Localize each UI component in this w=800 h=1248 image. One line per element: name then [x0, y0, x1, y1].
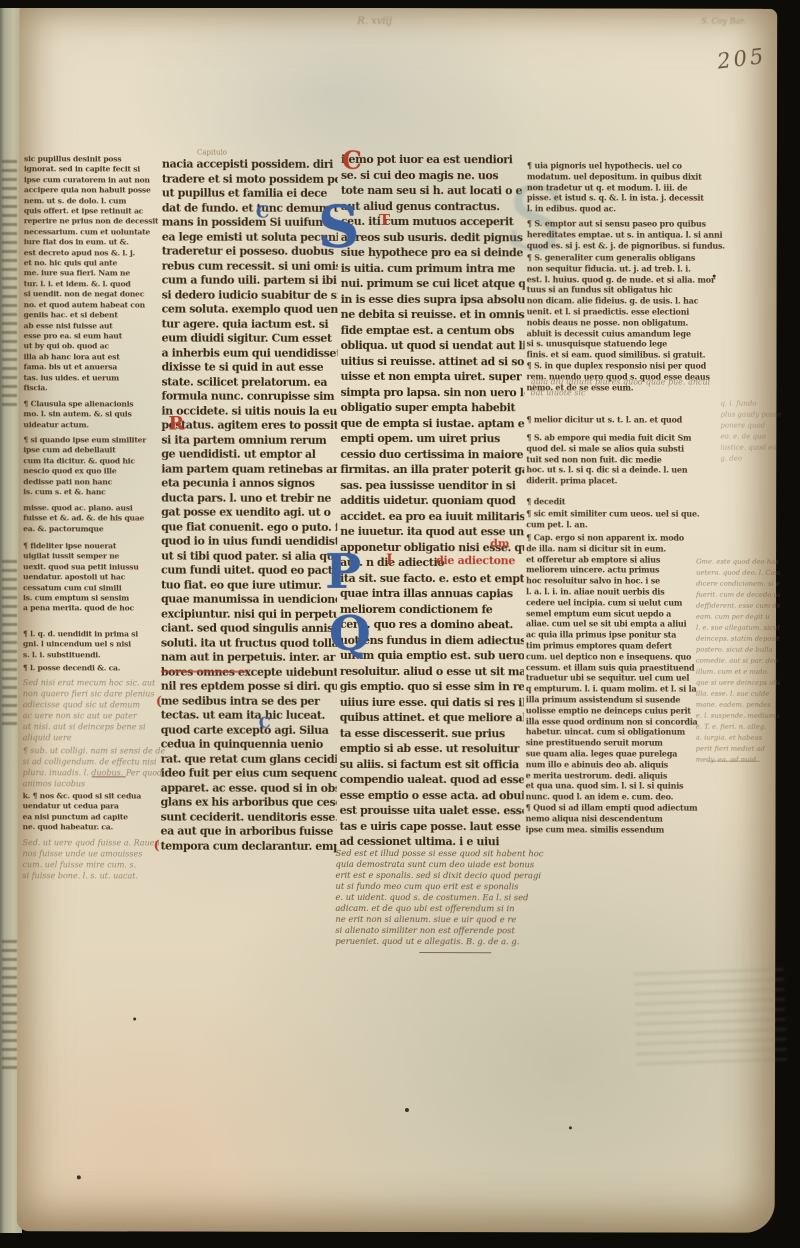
speck [713, 275, 716, 278]
left-gloss-block: ¶ l. q. d. uendidit in prima signi. l ui… [23, 629, 163, 661]
left-gloss-block: sic pupillus desinit possignorat. sed in… [23, 154, 164, 394]
photo-background-top [0, 0, 800, 8]
speck [77, 1175, 81, 1179]
left-gloss-block: k. ¶ nos &c. quod si sit ceduauendatur u… [23, 791, 163, 833]
rubric-bracket: ( [154, 839, 160, 852]
red-underline [161, 671, 247, 673]
left-gloss-block: ¶ l. posse decendi &. ca. [23, 663, 163, 674]
right-gloss-block: ¶ Cap. ergo si non apparent ix. modode i… [526, 532, 699, 835]
right-margin-small-note: q. i. fundoplus gaudy posseponere quodeo… [720, 399, 800, 465]
pilcrow-icon: C [259, 716, 271, 731]
lombardic-initial-P: P [325, 548, 361, 596]
note-underline [708, 761, 760, 762]
left-gloss-block: ¶ Clausula spe alienacionismo. l. sin au… [23, 399, 163, 431]
rubric-title: die adiectone [436, 555, 515, 566]
left-margin-cursive-note: ¶ sub. ut colligi. nam si sensi de deosi… [23, 745, 165, 789]
speck [133, 1017, 136, 1020]
right-gloss-block: ¶ decedit [526, 496, 716, 507]
left-gloss-block: misse. quod ac. plano. ausifuisse et &. … [23, 503, 163, 535]
running-title: R. xviij [357, 16, 392, 27]
fore-edge-text-fragment [2, 160, 17, 410]
right-gloss-block: ¶ melior dicitur ut s. t. l. an. et quod [526, 414, 748, 425]
rubric-initial-I: I [386, 553, 393, 567]
rubric-initial-R: R [168, 415, 184, 434]
speck [569, 1126, 572, 1129]
right-gloss-block: ¶ S. generaliter cum generalis obligansn… [527, 252, 749, 360]
right-gloss-block: ¶ sic emit similiter cum ueos. uel si qu… [526, 508, 716, 530]
right-gloss-block: ¶ uia pignoris uel hypothecis. uel comod… [527, 160, 749, 214]
right-gloss-cursive-note: quia diu uiliunt plures quod quae pue. a… [530, 376, 740, 398]
rubric-initial-T: T [379, 213, 390, 228]
left-gloss-block: ¶ fideliter ipse noueratuigilat iussit s… [23, 541, 163, 614]
rubric-bracket: ( [156, 695, 162, 708]
speck [405, 1108, 409, 1112]
main-text-column-1: nacia accepisti possidem. diritradere et… [161, 158, 338, 854]
left-gloss-block: ¶ si quando ipse eum similiteripse cum a… [23, 435, 163, 498]
fore-edge-text-fragment [2, 940, 17, 1070]
pilcrow-icon: C [256, 205, 270, 222]
lombardic-initial-C: C [342, 148, 362, 173]
corner-inscription: S. Coy Bar. [701, 17, 745, 26]
lombardic-initial-S: S [318, 198, 360, 256]
right-gloss-block: ¶ S. ab empore qui media fuit dicit Smqu… [526, 432, 716, 486]
left-margin-cursive-note: Sed. ut uere quod fuisse a. Rauennos fui… [22, 837, 164, 881]
manuscript-photo: R. xviij S. Coy Bar. 205 Capitulo sic pu… [0, 0, 800, 1248]
folio-number: 205 [716, 44, 768, 74]
gloss-underline [92, 776, 126, 777]
chapter-label: Capitulo [197, 149, 227, 157]
lombardic-initial-Q: Q [329, 610, 371, 658]
photo-background-bottom [0, 1233, 800, 1248]
rubric-catchword: dm [490, 538, 509, 549]
note-underline [419, 952, 491, 953]
main-text-column-2: ilemo pot iuor ea est uendiorise. si cui… [340, 152, 525, 850]
left-margin-cursive-note: Sed nisi erat mecum hoc sic. autnon quae… [23, 677, 165, 743]
show-through-text [634, 968, 787, 1065]
right-margin-long-note: Gme. este quod deo has quoduetera. quod … [696, 557, 780, 766]
right-gloss-block: ¶ S. emptor aut si sensu paseo pro quibu… [527, 218, 749, 251]
addition-note: Sed est et illud posse si esse quod sit … [335, 848, 545, 947]
vellum-page: R. xviij S. Coy Bar. 205 Capitulo sic pu… [17, 7, 778, 1233]
fore-edge-text-fragment [2, 560, 17, 730]
